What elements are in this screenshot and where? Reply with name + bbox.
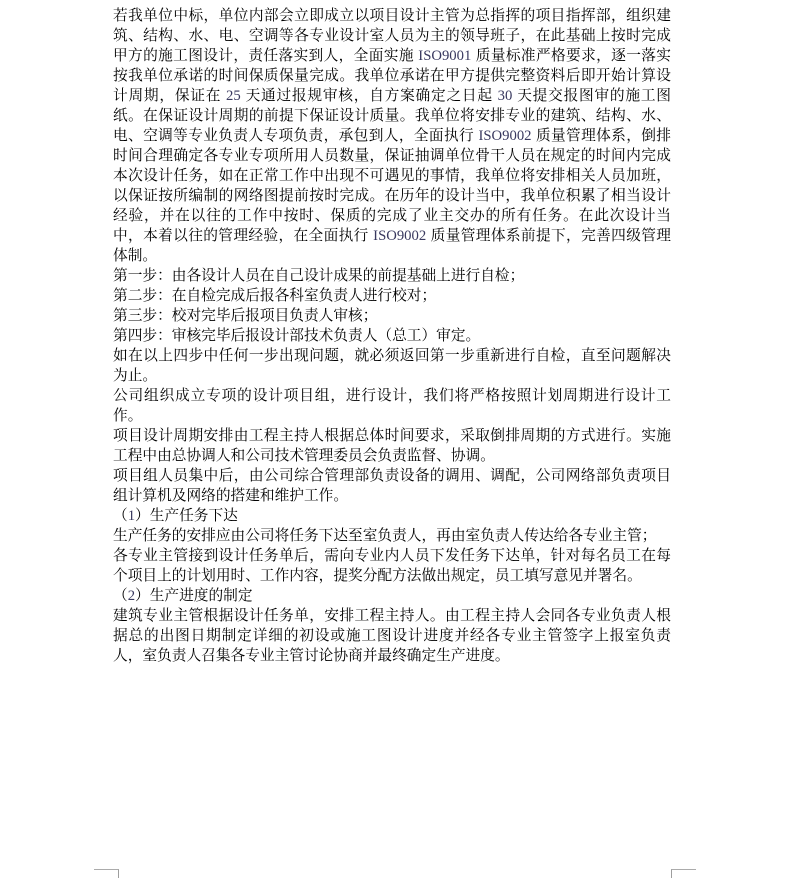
company-project-group-paragraph: 公司组织成立专项的设计项目组，进行设计，我们将严格按照计划周期进行设计工作。	[113, 386, 671, 426]
cjk-text-run: 公司组织成立专项的设计项目组，进行设计，我们将严格按照计划周期进行设计工作。	[113, 388, 671, 424]
cjk-text-run: ）生产任务下达	[135, 508, 238, 524]
latin-text-run: 25	[226, 88, 241, 104]
cjk-text-run: 生产任务的安排应由公司将任务下达至室负责人，再由室负责人传达给各专业主管；	[113, 528, 656, 544]
cjk-text-run: 各专业主管接到设计任务单后，需向专业内人员下发任务下达单，针对每名员工在每个项目…	[113, 548, 671, 584]
document-text-area[interactable]: 若我单位中标，单位内部会立即成立以项目设计主管为总指挥的项目指挥部，组织建筑、结…	[113, 6, 671, 666]
step-item-1: 第一步：由各设计人员在自己设计成果的前提基础上进行自检；	[113, 266, 671, 286]
design-cycle-paragraph: 项目设计周期安排由工程主持人根据总体时间要求，采取倒排周期的方式进行。实施工程中…	[113, 426, 671, 466]
latin-text-run: 30	[498, 88, 513, 104]
cjk-text-run: 天通过报规审核，自方案确定之日起	[241, 88, 498, 104]
production-task-line: 生产任务的安排应由公司将任务下达至室负责人，再由室负责人传达给各专业主管；	[113, 526, 671, 546]
latin-text-run: ISO9002	[478, 128, 531, 144]
cjk-text-run: 如在以上四步中任何一步出现问题，就必须返回第一步重新进行自检，直至问题解决为止。	[113, 348, 671, 384]
cjk-text-run: 第二步：在自检完成后报各科室负责人进行校对；	[113, 288, 436, 304]
cjk-text-run: ）生产进度的制定	[135, 588, 253, 604]
cjk-text-run: 第一步：由各设计人员在自己设计成果的前提基础上进行自检；	[113, 268, 524, 284]
production-task-detail: 各专业主管接到设计任务单后，需向专业内人员下发任务下达单，针对每名员工在每个项目…	[113, 546, 671, 586]
document-page[interactable]: 若我单位中标，单位内部会立即成立以项目设计主管为总指挥的项目指挥部，组织建筑、结…	[0, 0, 791, 878]
step-item-4: 第四步：审核完毕后报设计部技术负责人（总工）审定。	[113, 326, 671, 346]
cjk-text-run: 项目设计周期安排由工程主持人根据总体时间要求，采取倒排周期的方式进行。实施工程中…	[113, 428, 671, 464]
text-boundary-corner-mark-right	[671, 869, 696, 878]
return-to-step-one-note: 如在以上四步中任何一步出现问题，就必须返回第一步重新进行自检，直至问题解决为止。	[113, 346, 671, 386]
team-assembly-paragraph: 项目组人员集中后，由公司综合管理部负责设备的调用、调配，公司网络部负责项目组计算…	[113, 466, 671, 506]
cjk-text-run: 建筑专业主管根据设计任务单，安排工程主持人。由工程主持人会同各专业负责人根据总的…	[113, 608, 671, 664]
latin-text-run: ISO9002	[373, 228, 426, 244]
cjk-text-run: 第三步：校对完毕后报项目负责人审核；	[113, 308, 377, 324]
step-item-2: 第二步：在自检完成后报各科室负责人进行校对；	[113, 286, 671, 306]
latin-text-run: 2	[128, 588, 135, 604]
cjk-text-run: 第四步：审核完毕后报设计部技术负责人（总工）审定。	[113, 328, 480, 344]
latin-text-run: ISO9001	[418, 48, 471, 64]
cjk-text-run: （	[113, 508, 128, 524]
cjk-text-run: 质量管理体系，倒排时间合理确定各专业专项所用人员数量，保证抽调单位骨干人员在规定…	[113, 128, 671, 244]
cjk-text-run: （	[113, 588, 128, 604]
step-item-3: 第三步：校对完毕后报项目负责人审核；	[113, 306, 671, 326]
text-boundary-corner-mark-left	[94, 869, 119, 878]
section-heading-production-schedule: （2）生产进度的制定	[113, 586, 671, 606]
cjk-text-run: 项目组人员集中后，由公司综合管理部负责设备的调用、调配，公司网络部负责项目组计算…	[113, 468, 671, 504]
latin-text-run: 1	[128, 508, 135, 524]
commitment-paragraph: 若我单位中标，单位内部会立即成立以项目设计主管为总指挥的项目指挥部，组织建筑、结…	[113, 6, 671, 266]
section-heading-production-task: （1）生产任务下达	[113, 506, 671, 526]
production-schedule-paragraph: 建筑专业主管根据设计任务单，安排工程主持人。由工程主持人会同各专业负责人根据总的…	[113, 606, 671, 666]
